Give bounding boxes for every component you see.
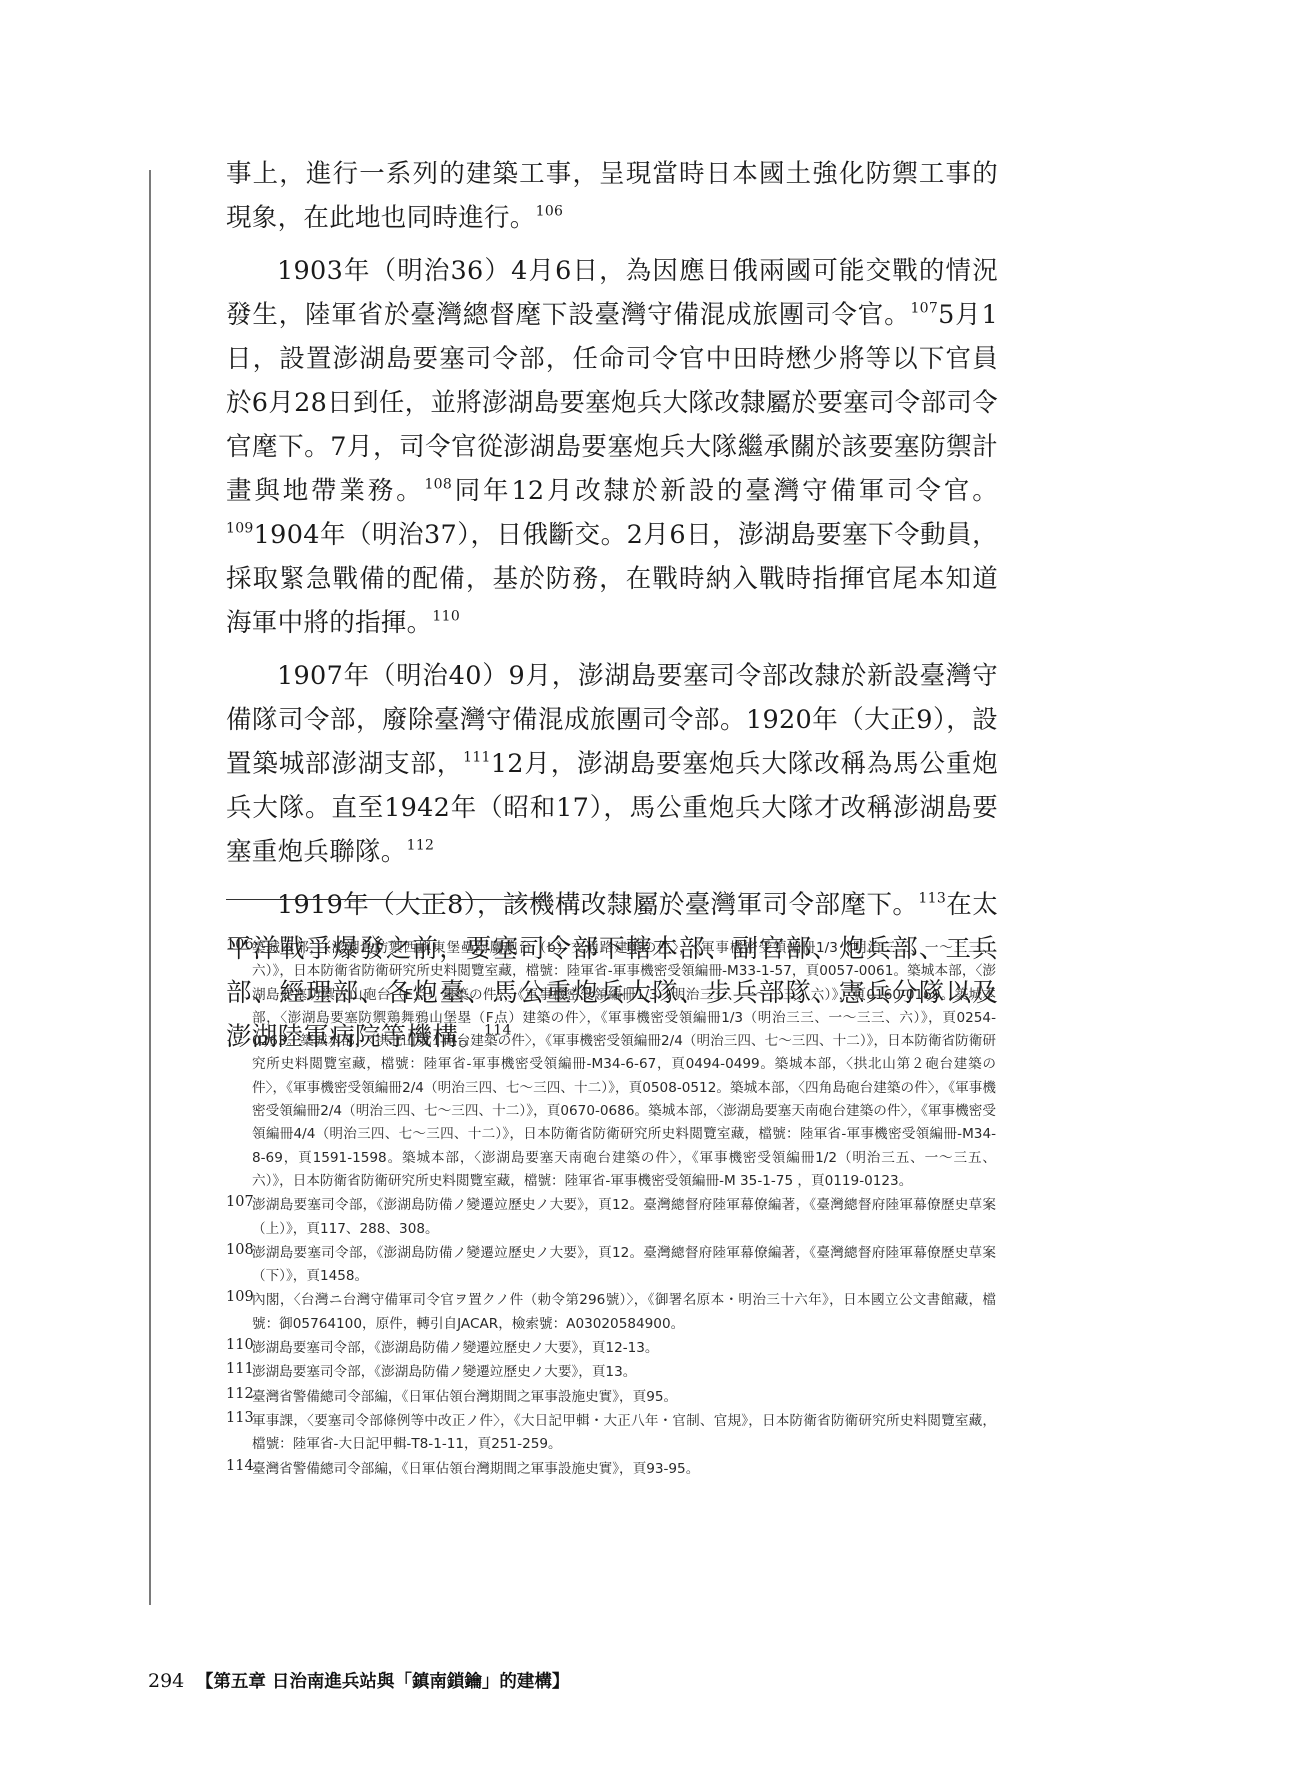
footnote-number: 108 [226, 1239, 254, 1262]
footnote-ref-109[interactable]: 109 [226, 520, 254, 536]
page-number: 294 [148, 1670, 184, 1692]
footnote-ref-113[interactable]: 113 [918, 890, 946, 906]
footnote-number: 111 [226, 1358, 254, 1381]
footnote-text: 澎湖島要塞司令部，《澎湖島防備ノ變遷竝歷史ノ大要》，頁12-13。 [252, 1340, 659, 1356]
paragraph-3: 1907年（明治40）9月，澎湖島要塞司令部改隸於新設臺灣守備隊司令部，廢除臺灣… [226, 654, 998, 874]
footnote-number: 113 [226, 1407, 254, 1430]
footnote-text: 軍事課，〈要塞司令部條例等中改正ノ件〉，《大日記甲輯・大正八年・官制、官規》，日… [252, 1413, 996, 1452]
footnote-text: 澎湖島要塞司令部，《澎湖島防備ノ變遷竝歷史ノ大要》，頁12。臺灣總督府陸軍幕僚編… [252, 1245, 996, 1284]
footnote-number: 110 [226, 1334, 254, 1357]
chapter-title: 【第五章 日治南進兵站與「鎮南鎖鑰」的建構】 [196, 1672, 570, 1692]
footnote-text: 澎湖島要塞司令部，《澎湖島防備ノ變遷竝歷史ノ大要》，頁12。臺灣總督府陸軍幕僚編… [252, 1197, 996, 1236]
footnote-text: 築城本部，〈澎湖島防禦西嶼東堡壘附屬砲台（b）交通路建築の件〉，《軍事機密受領編… [252, 940, 996, 1189]
paragraph-1: 事上，進行一系列的建築工事，呈現當時日本國土強化防禦工事的現象，在此地也同時進行… [226, 152, 998, 240]
footnote-separator [226, 899, 544, 900]
footnote-ref-108[interactable]: 108 [424, 476, 452, 492]
footnote-ref-110[interactable]: 110 [432, 608, 460, 624]
footnote-text: 澎湖島要塞司令部，《澎湖島防備ノ變遷竝歷史ノ大要》，頁13。 [252, 1364, 636, 1380]
footnote-113: 113 軍事課，〈要塞司令部條例等中改正ノ件〉，《大日記甲輯・大正八年・官制、官… [226, 1410, 996, 1457]
footnote-ref-107[interactable]: 107 [910, 300, 938, 316]
paragraph-text: 1904年（明治37），日俄斷交。2月6日，澎湖島要塞下令動員，採取緊急戰備的配… [226, 520, 998, 638]
footnote-text: 臺灣省警備總司令部編，《日軍佔領台灣期間之軍事設施史實》，頁95。 [252, 1389, 677, 1405]
paragraph-text: 1903年（明治36）4月6日，為因應日俄兩國可能交戰的情況發生，陸軍省於臺灣總… [226, 256, 998, 330]
body-text: 事上，進行一系列的建築工事，呈現當時日本國土強化防禦工事的現象，在此地也同時進行… [226, 152, 998, 1059]
paragraph-text: 1919年（大正8），該機構改隸屬於臺灣軍司令部麾下。 [277, 890, 918, 920]
margin-rule [149, 170, 151, 1605]
footnote-106: 106 築城本部，〈澎湖島防禦西嶼東堡壘附屬砲台（b）交通路建築の件〉，《軍事機… [226, 937, 996, 1193]
paragraph-2: 1903年（明治36）4月6日，為因應日俄兩國可能交戰的情況發生，陸軍省於臺灣總… [226, 249, 998, 645]
footnote-number: 112 [226, 1383, 254, 1406]
running-footer: 294 【第五章 日治南進兵站與「鎮南鎖鑰」的建構】 [148, 1668, 569, 1693]
footnote-text: 內閣，〈台灣ニ台灣守備軍司令官ヲ置クノ件（勅令第296號）〉，《御署名原本・明治… [252, 1292, 996, 1331]
paragraph-text: 事上，進行一系列的建築工事，呈現當時日本國土強化防禦工事的現象，在此地也同時進行… [226, 159, 998, 233]
paragraph-text: 同年12月改隸於新設的臺灣守備軍司令官。 [452, 476, 998, 506]
footnote-ref-111[interactable]: 111 [463, 749, 491, 765]
footnote-number: 107 [226, 1191, 254, 1214]
footnote-114: 114 臺灣省警備總司令部編，《日軍佔領台灣期間之軍事設施史實》，頁93-95。 [226, 1458, 996, 1481]
footnote-110: 110 澎湖島要塞司令部，《澎湖島防備ノ變遷竝歷史ノ大要》，頁12-13。 [226, 1337, 996, 1360]
footnotes: 106 築城本部，〈澎湖島防禦西嶼東堡壘附屬砲台（b）交通路建築の件〉，《軍事機… [226, 937, 996, 1482]
footnote-111: 111 澎湖島要塞司令部，《澎湖島防備ノ變遷竝歷史ノ大要》，頁13。 [226, 1361, 996, 1384]
footnote-109: 109 內閣，〈台灣ニ台灣守備軍司令官ヲ置クノ件（勅令第296號）〉，《御署名原… [226, 1289, 996, 1336]
footnote-107: 107 澎湖島要塞司令部，《澎湖島防備ノ變遷竝歷史ノ大要》，頁12。臺灣總督府陸… [226, 1194, 996, 1241]
footnote-number: 109 [226, 1286, 254, 1309]
footnote-number: 114 [226, 1455, 254, 1478]
footnote-108: 108 澎湖島要塞司令部，《澎湖島防備ノ變遷竝歷史ノ大要》，頁12。臺灣總督府陸… [226, 1242, 996, 1289]
footnote-112: 112 臺灣省警備總司令部編，《日軍佔領台灣期間之軍事設施史實》，頁95。 [226, 1386, 996, 1409]
footnote-text: 臺灣省警備總司令部編，《日軍佔領台灣期間之軍事設施史實》，頁93-95。 [252, 1461, 699, 1477]
footnote-ref-112[interactable]: 112 [407, 837, 435, 853]
footnote-number: 106 [226, 934, 254, 957]
footnote-ref-106[interactable]: 106 [536, 203, 564, 219]
